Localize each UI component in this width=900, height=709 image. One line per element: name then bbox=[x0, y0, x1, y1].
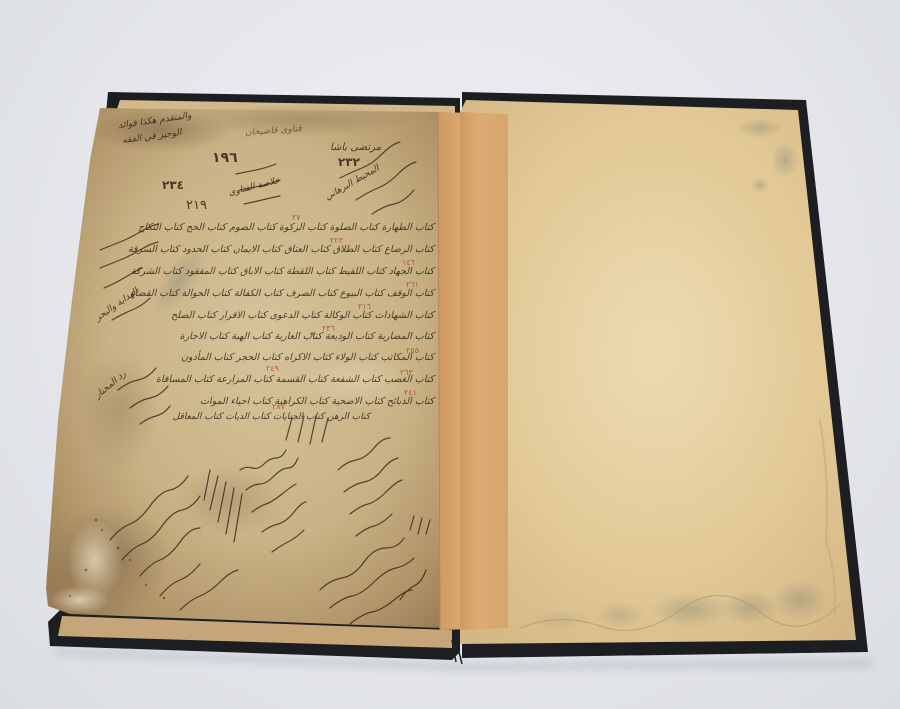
left-page-writing: ١٩٦ ٢٣٢ ٢٣٤ ٢١٩ والمتقدم هكذا فوائد الوج… bbox=[0, 0, 900, 709]
diagonal-handwriting bbox=[0, 0, 900, 709]
book-photo: ١٩٦ ٢٣٢ ٢٣٤ ٢١٩ والمتقدم هكذا فوائد الوج… bbox=[0, 0, 900, 709]
